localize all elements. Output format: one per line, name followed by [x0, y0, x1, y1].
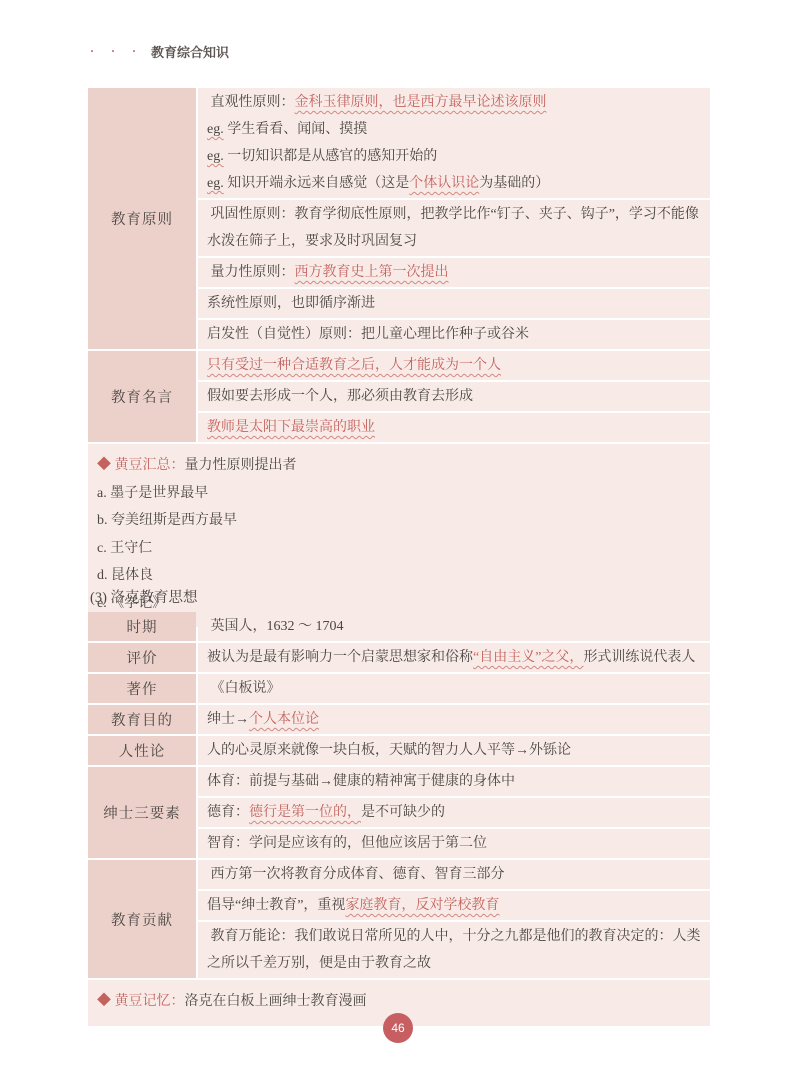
cell-contribution-3: 教育万能论：我们敢说日常所见的人中，十分之九都是他们的教育决定的：人类之所以千差… [198, 922, 710, 978]
table-row-group: 绅士三要素 体育：前提与基础→健康的精神寓于健康的身体中 德育：德行是第一位的，… [88, 767, 710, 858]
row-label-evaluation: 评价 [88, 643, 196, 672]
cell-intuition-principle: 直观性原则：金科玉律原则，也是西方最早论述该原则 eg. 学生看看、闻闻、摸摸 … [198, 88, 710, 198]
text-line: 量力性原则：西方教育史上第一次提出 [207, 259, 704, 286]
text-line: 教师是太阳下最崇高的职业 [207, 414, 704, 441]
table-row-group: 教育目的 绅士→个人本位论 [88, 705, 710, 734]
cell-works: 《白板说》 [198, 674, 710, 703]
text-line: 绅士→个人本位论 [207, 706, 704, 733]
row-label-human-nature: 人性论 [88, 736, 196, 765]
text-line: 倡导“绅士教育”，重视家庭教育，反对学校教育 [207, 892, 704, 919]
cell-moral-education: 德育：德行是第一位的，是不可缺少的 [198, 798, 710, 827]
table-row-group: 著作 《白板说》 [88, 674, 710, 703]
text-line: 《白板说》 [207, 675, 704, 702]
table-row-group: 评价 被认为是最有影响力一个启蒙思想家和俗称“自由主义”之父，形式训练说代表人 [88, 643, 710, 672]
cell-consolidation-principle: 巩固性原则：教育学彻底性原则，把教学比作“钉子、夹子、钩子”，学习不能像水泼在筛… [198, 200, 710, 256]
text-line: 被认为是最有影响力一个启蒙思想家和俗称“自由主义”之父，形式训练说代表人 [207, 644, 704, 671]
page-header: · · · 教育综合知识 [90, 42, 229, 61]
page-number-badge: 46 [383, 1013, 413, 1043]
summary-title: ◆ 黄豆记忆：洛克在白板上画绅士教育漫画 [97, 988, 704, 1016]
page-number: 46 [391, 1021, 404, 1035]
list-item: c. 王守仁 [97, 535, 704, 563]
text-line: eg. 一切知识都是从感官的感知开始的 [207, 143, 704, 170]
table-row-group: 时期 英国人，1632 ～ 1704 [88, 612, 710, 641]
cell-heuristic-principle: 启发性（自觉性）原则：把儿童心理比作种子或谷米 [198, 320, 710, 349]
row-label-education-quotes: 教育名言 [88, 351, 196, 442]
cell-period: 英国人，1632 ～ 1704 [198, 612, 710, 641]
cell-intellectual-education: 智育：学问是应该有的，但他应该居于第二位 [198, 829, 710, 858]
text-line: 德育：德行是第一位的，是不可缺少的 [207, 799, 704, 826]
cell-education-purpose: 绅士→个人本位论 [198, 705, 710, 734]
text-line: 智育：学问是应该有的，但他应该居于第二位 [207, 830, 704, 857]
cell-physical-education: 体育：前提与基础→健康的精神寓于健康的身体中 [198, 767, 710, 796]
row-label-gentleman-elements: 绅士三要素 [88, 767, 196, 858]
text-line: 教育万能论：我们敢说日常所见的人中，十分之九都是他们的教育决定的：人类之所以千差… [207, 923, 704, 977]
row-label-period: 时期 [88, 612, 196, 641]
row-label-education-purpose: 教育目的 [88, 705, 196, 734]
list-item: b. 夸美纽斯是西方最早 [97, 507, 704, 535]
text-line: 西方第一次将教育分成体育、德育、智育三部分 [207, 861, 704, 888]
text-line: 假如要去形成一个人，那必须由教育去形成 [207, 383, 704, 410]
text-line: 体育：前提与基础→健康的精神寓于健康的身体中 [207, 768, 704, 795]
table-row-group: 教育贡献 西方第一次将教育分成体育、德育、智育三部分 倡导“绅士教育”，重视家庭… [88, 860, 710, 978]
text-line: 直观性原则：金科玉律原则，也是西方最早论述该原则 [207, 89, 704, 116]
cell-quote-2: 假如要去形成一个人，那必须由教育去形成 [198, 382, 710, 411]
row-label-works: 著作 [88, 674, 196, 703]
table-row-group: 人性论 人的心灵原来就像一块白板，天赋的智力人人平等→外铄论 [88, 736, 710, 765]
list-item: a. 墨子是世界最早 [97, 480, 704, 508]
row-label-education-principles: 教育原则 [88, 88, 196, 349]
cell-capacity-principle: 量力性原则：西方教育史上第一次提出 [198, 258, 710, 287]
cell-systematic-principle: 系统性原则，也即循序渐进 [198, 289, 710, 318]
text-line: 只有受过一种合适教育之后，人才能成为一个人 [207, 352, 704, 379]
cell-human-nature: 人的心灵原来就像一块白板，天赋的智力人人平等→外铄论 [198, 736, 710, 765]
cell-contribution-1: 西方第一次将教育分成体育、德育、智育三部分 [198, 860, 710, 889]
text-line: 英国人，1632 ～ 1704 [207, 613, 704, 640]
cell-contribution-2: 倡导“绅士教育”，重视家庭教育，反对学校教育 [198, 891, 710, 920]
table-row-group: 教育原则 直观性原则：金科玉律原则，也是西方最早论述该原则 eg. 学生看看、闻… [88, 88, 710, 349]
row-label-education-contribution: 教育贡献 [88, 860, 196, 978]
summary-title: ◆ 黄豆汇总：量力性原则提出者 [97, 452, 704, 480]
cell-quote-1: 只有受过一种合适教育之后，人才能成为一个人 [198, 351, 710, 380]
cell-quote-3: 教师是太阳下最崇高的职业 [198, 413, 710, 442]
text-line: 人的心灵原来就像一块白板，天赋的智力人人平等→外铄论 [207, 737, 704, 764]
text-line: eg. 学生看看、闻闻、摸摸 [207, 116, 704, 143]
text-line: eg. 知识开端永远来自感觉（这是个体认识论为基础的） [207, 170, 704, 197]
text-line: 巩固性原则：教育学彻底性原则，把教学比作“钉子、夹子、钩子”，学习不能像水泼在筛… [207, 201, 704, 255]
header-dots-icon: · · · [90, 44, 143, 59]
table-row-group: 教育名言 只有受过一种合适教育之后，人才能成为一个人 假如要去形成一个人，那必须… [88, 351, 710, 442]
cell-evaluation: 被认为是最有影响力一个启蒙思想家和俗称“自由主义”之父，形式训练说代表人 [198, 643, 710, 672]
table-education-principles: 教育原则 直观性原则：金科玉律原则，也是西方最早论述该原则 eg. 学生看看、闻… [88, 88, 710, 627]
table-locke-thought: 时期 英国人，1632 ～ 1704 评价 被认为是最有影响力一个启蒙思想家和俗… [88, 612, 710, 1026]
page-header-title: 教育综合知识 [151, 42, 229, 61]
section-title-locke: (3) 洛克教育思想 [90, 586, 198, 607]
text-line: 启发性（自觉性）原则：把儿童心理比作种子或谷米 [207, 321, 704, 348]
text-line: 系统性原则，也即循序渐进 [207, 290, 704, 317]
